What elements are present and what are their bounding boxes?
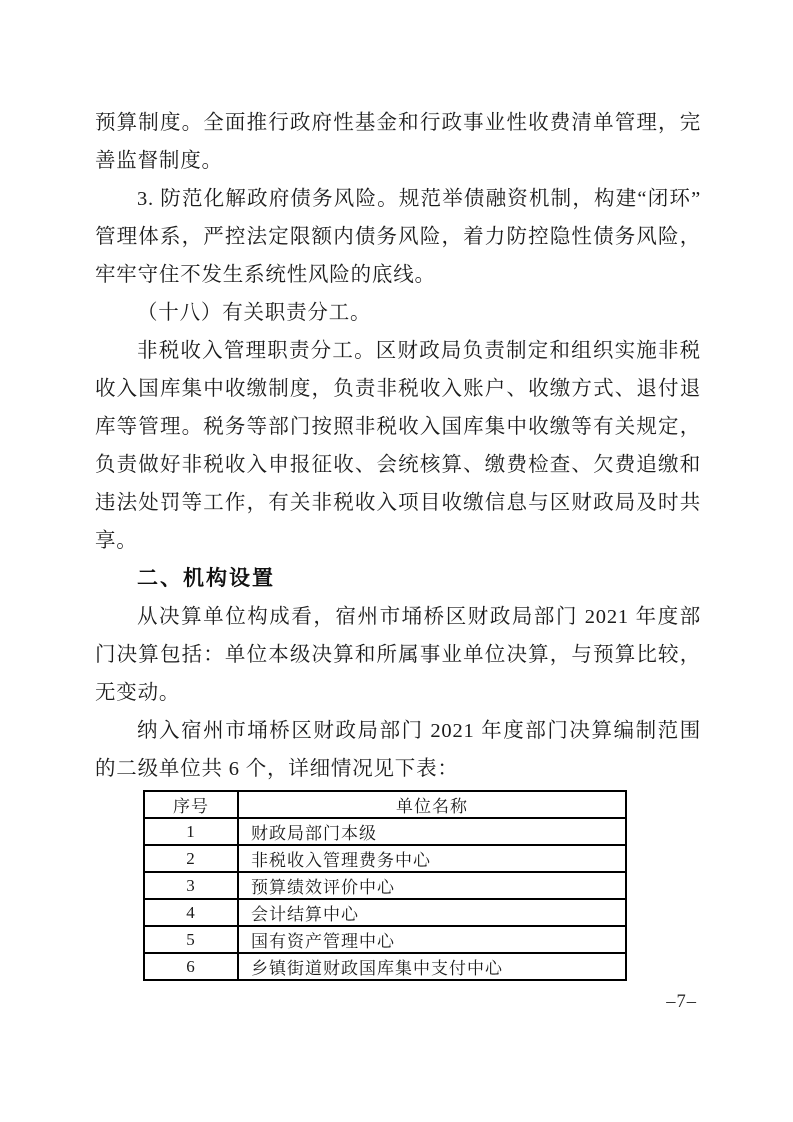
table-row: 6 乡镇街道财政国库集中支付中心 [144, 953, 626, 980]
units-table: 序号 单位名称 1 财政局部门本级 2 非税收入管理费务中心 3 预算绩效评价中… [143, 790, 627, 981]
text-line: （十八）有关职责分工。 [95, 294, 701, 332]
table-header-index: 序号 [144, 791, 238, 818]
text-line: 门决算包括：单位本级决算和所属事业单位决算，与预算比较， [95, 636, 701, 674]
text-line: 库等管理。税务等部门按照非税收入国库集中收缴等有关规定， [95, 408, 701, 446]
text-line: 牢牢守住不发生系统性风险的底线。 [95, 256, 701, 294]
page-number: –7– [666, 992, 697, 1013]
unit-index: 5 [144, 926, 238, 953]
text-line: 纳入宿州市埇桥区财政局部门 2021 年度部门决算编制范围 [95, 712, 701, 750]
text-line: 违法处罚等工作，有关非税收入项目收缴信息与区财政局及时共 [95, 484, 701, 522]
unit-name: 乡镇街道财政国库集中支付中心 [238, 953, 626, 980]
table-header-name: 单位名称 [238, 791, 626, 818]
body-text: 预算制度。全面推行政府性基金和行政事业性收费清单管理，完 善监督制度。 3. 防… [95, 104, 701, 788]
text-line: 享。 [95, 522, 701, 560]
text-line: 预算制度。全面推行政府性基金和行政事业性收费清单管理，完 [95, 104, 701, 142]
text-line: 从决算单位构成看，宿州市埇桥区财政局部门 2021 年度部 [95, 598, 701, 636]
table-row: 4 会计结算中心 [144, 899, 626, 926]
text-line: 善监督制度。 [95, 142, 701, 180]
unit-name: 非税收入管理费务中心 [238, 845, 626, 872]
text-line: 负责做好非税收入申报征收、会统核算、缴费检查、欠费追缴和 [95, 446, 701, 484]
unit-index: 2 [144, 845, 238, 872]
text-line: 的二级单位共 6 个，详细情况见下表： [95, 750, 701, 788]
unit-index: 6 [144, 953, 238, 980]
unit-name: 会计结算中心 [238, 899, 626, 926]
unit-index: 3 [144, 872, 238, 899]
text-line: 无变动。 [95, 674, 701, 712]
unit-name: 国有资产管理中心 [238, 926, 626, 953]
text-line: 收入国库集中收缴制度，负责非税收入账户、收缴方式、退付退 [95, 370, 701, 408]
table-row: 2 非税收入管理费务中心 [144, 845, 626, 872]
section-heading: 二、机构设置 [95, 560, 701, 598]
document-page: 预算制度。全面推行政府性基金和行政事业性收费清单管理，完 善监督制度。 3. 防… [0, 0, 793, 1122]
table-row: 3 预算绩效评价中心 [144, 872, 626, 899]
table-header-row: 序号 单位名称 [144, 791, 626, 818]
table-row: 5 国有资产管理中心 [144, 926, 626, 953]
unit-index: 1 [144, 818, 238, 845]
unit-index: 4 [144, 899, 238, 926]
table-row: 1 财政局部门本级 [144, 818, 626, 845]
text-line: 管理体系，严控法定限额内债务风险，着力防控隐性债务风险， [95, 218, 701, 256]
unit-name: 财政局部门本级 [238, 818, 626, 845]
unit-name: 预算绩效评价中心 [238, 872, 626, 899]
text-line: 3. 防范化解政府债务风险。规范举债融资机制，构建“闭环” [95, 180, 701, 218]
text-line: 非税收入管理职责分工。区财政局负责制定和组织实施非税 [95, 332, 701, 370]
